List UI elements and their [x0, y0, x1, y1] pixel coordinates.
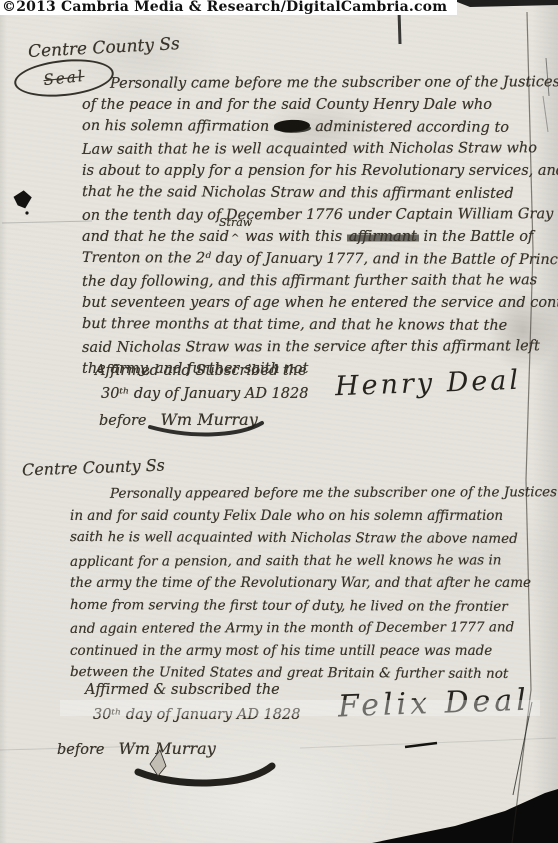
magistrate-signature: Wm Murray: [160, 410, 257, 429]
interlinear-insertion: Straw^: [229, 227, 245, 242]
attestation-date: 30ᵗʰ day of January AD 1828: [101, 383, 308, 406]
attestation-line: Affirmed and Subscribed the: [95, 360, 308, 383]
manuscript-line: in and for said county Felix Dale who on…: [70, 505, 552, 528]
manuscript-line: Personally came before me the subscriber…: [110, 71, 552, 95]
line-text: administered according to: [315, 119, 509, 136]
manuscript-line: and again entered the Army in the month …: [70, 616, 552, 640]
attestation-date: 30ᵗʰ day of January AD 1828: [93, 703, 300, 728]
attestation-before: beforeWm Murray: [57, 736, 300, 763]
manuscript-line: home from serving the first tour of duty…: [70, 593, 552, 618]
signature-henry-deal: Henry Deal: [335, 365, 522, 402]
manuscript-line: that he the said Nicholas Straw and this…: [82, 181, 552, 205]
manuscript-line: but seventeen years of age when he enter…: [82, 292, 552, 314]
affidavit1-body: Personally came before me the subscriber…: [82, 72, 552, 380]
manuscript-line: saith he is well acquainted with Nichola…: [70, 526, 552, 551]
line-text: in the Battle of: [423, 229, 533, 245]
manuscript-line-with-insertion: and that he the saidStraw^was with this …: [82, 226, 552, 248]
manuscript-line: Law saith that he is well acquainted wit…: [82, 137, 552, 161]
affidavit1-attestation: Affirmed and Subscribed the 30ᵗʰ day of …: [95, 360, 308, 433]
manuscript-line: but three months at that time, and that …: [82, 313, 552, 337]
manuscript-line: Personally appeared before me the subscr…: [110, 481, 552, 505]
manuscript-line: is about to apply for a pension for his …: [82, 160, 552, 182]
manuscript-line: on the tenth day of December 1776 under …: [82, 203, 552, 227]
manuscript-line: the day following, and this affirmant fu…: [82, 269, 552, 293]
manuscript-line: applicant for a pension, and saith that …: [70, 549, 552, 573]
attestation-line: Affirmed & subscribed the: [85, 678, 300, 703]
before-label: before: [57, 742, 104, 758]
manuscript-line: continued in the army most of his time u…: [70, 640, 552, 663]
manuscript-line-with-blot: on his solemn affirmationadministered ac…: [82, 115, 552, 139]
ink-blot: [274, 119, 311, 133]
affidavit2-body: Personally appeared before me the subscr…: [70, 482, 552, 685]
manuscript-line: said Nicholas Straw was in the service a…: [82, 335, 552, 359]
manuscript-line: of the peace in and for the said County …: [82, 94, 552, 116]
signature-felix-deal: Felix Deal: [337, 683, 530, 725]
magistrate-signature: Wm Murray: [118, 739, 215, 758]
before-label: before: [99, 413, 146, 429]
attestation-before: beforeWm Murray: [99, 408, 308, 433]
manuscript-line: Trenton on the 2ᵈ day of January 1777, a…: [82, 247, 552, 271]
affidavit2-attestation: Affirmed & subscribed the 30ᵗʰ day of Ja…: [85, 678, 300, 763]
scanned-document-page: ©2013 Cambria Media & Research/DigitalCa…: [0, 0, 558, 843]
line-text: was with this: [245, 229, 342, 245]
struck-word: affirmant: [347, 229, 419, 245]
copyright-banner: ©2013 Cambria Media & Research/DigitalCa…: [0, 0, 457, 15]
line-text: and that he the said: [82, 229, 229, 245]
seal-text: Seal: [43, 67, 86, 89]
manuscript-line: the army the time of the Revolutionary W…: [70, 572, 552, 595]
caret-mark: ^: [231, 228, 239, 250]
line-text: on his solemn affirmation: [82, 118, 269, 135]
